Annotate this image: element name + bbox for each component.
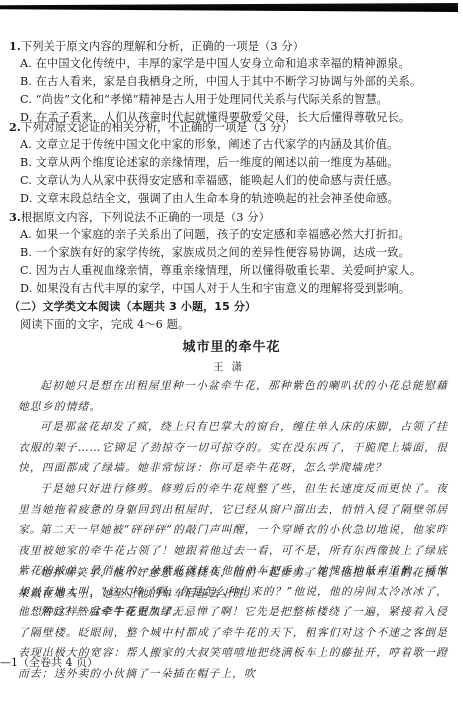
question-1-number: 1. [9,39,21,53]
article-title: 城市里的牵牛花 [0,336,463,355]
question-1-text: 下列关于原文内容的理解和分析，正确的一项是（3 分） [21,40,304,53]
question-1-option-b: B. 在古人看来，家是自我栖身之所，中国人于其中不断学习协调与外部的关系。 [20,75,421,89]
question-3-option-d: D. 如果没有古代丰厚的家学，中国人对于人生和宇宙意义的理解将受到影响。 [20,282,410,296]
article-author: 王潇 [0,359,463,374]
question-2-number: 2. [9,120,21,134]
question-2-option-c: C. 文章认为人从家中获得安定感和幸福感，能唤起人们的使命感与责任感。 [20,174,399,188]
page-footer: —1（全卷共 4 页） [0,656,98,670]
question-2-option-a: A. 文章立足于传统中国文化中家的形象，阐述了古代家学的内涵及其价值。 [20,138,398,152]
question-1-option-c: C. “尚齿”文化和“孝悌”精神是古人用于处理同代关系与代际关系的智慧。 [20,93,388,107]
question-3-option-b: B. 一个家族有好的家学传统，家族成员之间的差异性便容易协调，达成一致。 [20,246,410,260]
top-border-rule [0,3,458,12]
question-1-option-a: A. 在中国文化传统中，丰厚的家学是中国人安身立命和追求幸福的精神源泉。 [20,57,410,71]
exam-page: 1.下列关于原文内容的理解和分析，正确的一项是（3 分） A. 在中国文化传统中… [0,0,463,716]
section-heading: （二）文学类文本阅读（本题共 3 小题，15 分） [9,300,256,314]
question-3-text: 根据原文内容，下列说法不正确的一项是（3 分） [21,211,270,224]
question-2-stem: 2.下列对原文论证的相关分析，不正确的一项是（3 分） [9,120,293,135]
article-paragraph-5: 她扑哧笑了，他不好意思地挠挠头，他们一起修剪了花，他把单车上的花摘下来戴在她头上… [18,563,448,604]
question-2-text: 下列对原文论证的相关分析，不正确的一项是（3 分） [21,121,293,134]
question-3-stem: 3.根据原文内容，下列说法不正确的一项是（3 分） [9,210,270,225]
question-3-number: 3. [9,210,21,224]
article-paragraph-6: 然后？然后牵牛花更加肆无忌惮了啊！它先是把整栋楼绕了一遍，紧接着入侵了隔壁楼。眨… [18,602,448,684]
question-3-option-c: C. 因为古人重视血缘亲情，尊重亲缘情理，所以懂得敬重长辈、关爱呵护家人。 [20,264,421,278]
question-2-option-d: D. 文章末段总结全文，强调了由人生命本身的轨迹唤起的社会神圣使命感。 [20,192,399,206]
question-2-option-b: B. 文章从两个维度论述家的亲缘情理，后一维度的阐述以前一维度为基础。 [20,156,399,170]
section-instruction: 阅读下面的文字，完成 4～6 题。 [20,318,189,332]
article-paragraph-1: 起初她只是想在出租屋里种一小盆牵牛花，那种紫色的喇叭状的小花总能慰藉她思乡的情绪… [18,376,448,417]
question-1-stem: 1.下列关于原文内容的理解和分析，正确的一项是（3 分） [9,39,304,54]
article-paragraph-2: 可是那盆花却发了疯，绕上只有巴掌大的窗台，缠住单人床的床脚，占领了挂衣服的架子…… [18,417,448,479]
question-3-option-a: A. 如果一个家庭的亲子关系出了问题，孩子的安定感和幸福感必然大打折扣。 [20,228,410,242]
